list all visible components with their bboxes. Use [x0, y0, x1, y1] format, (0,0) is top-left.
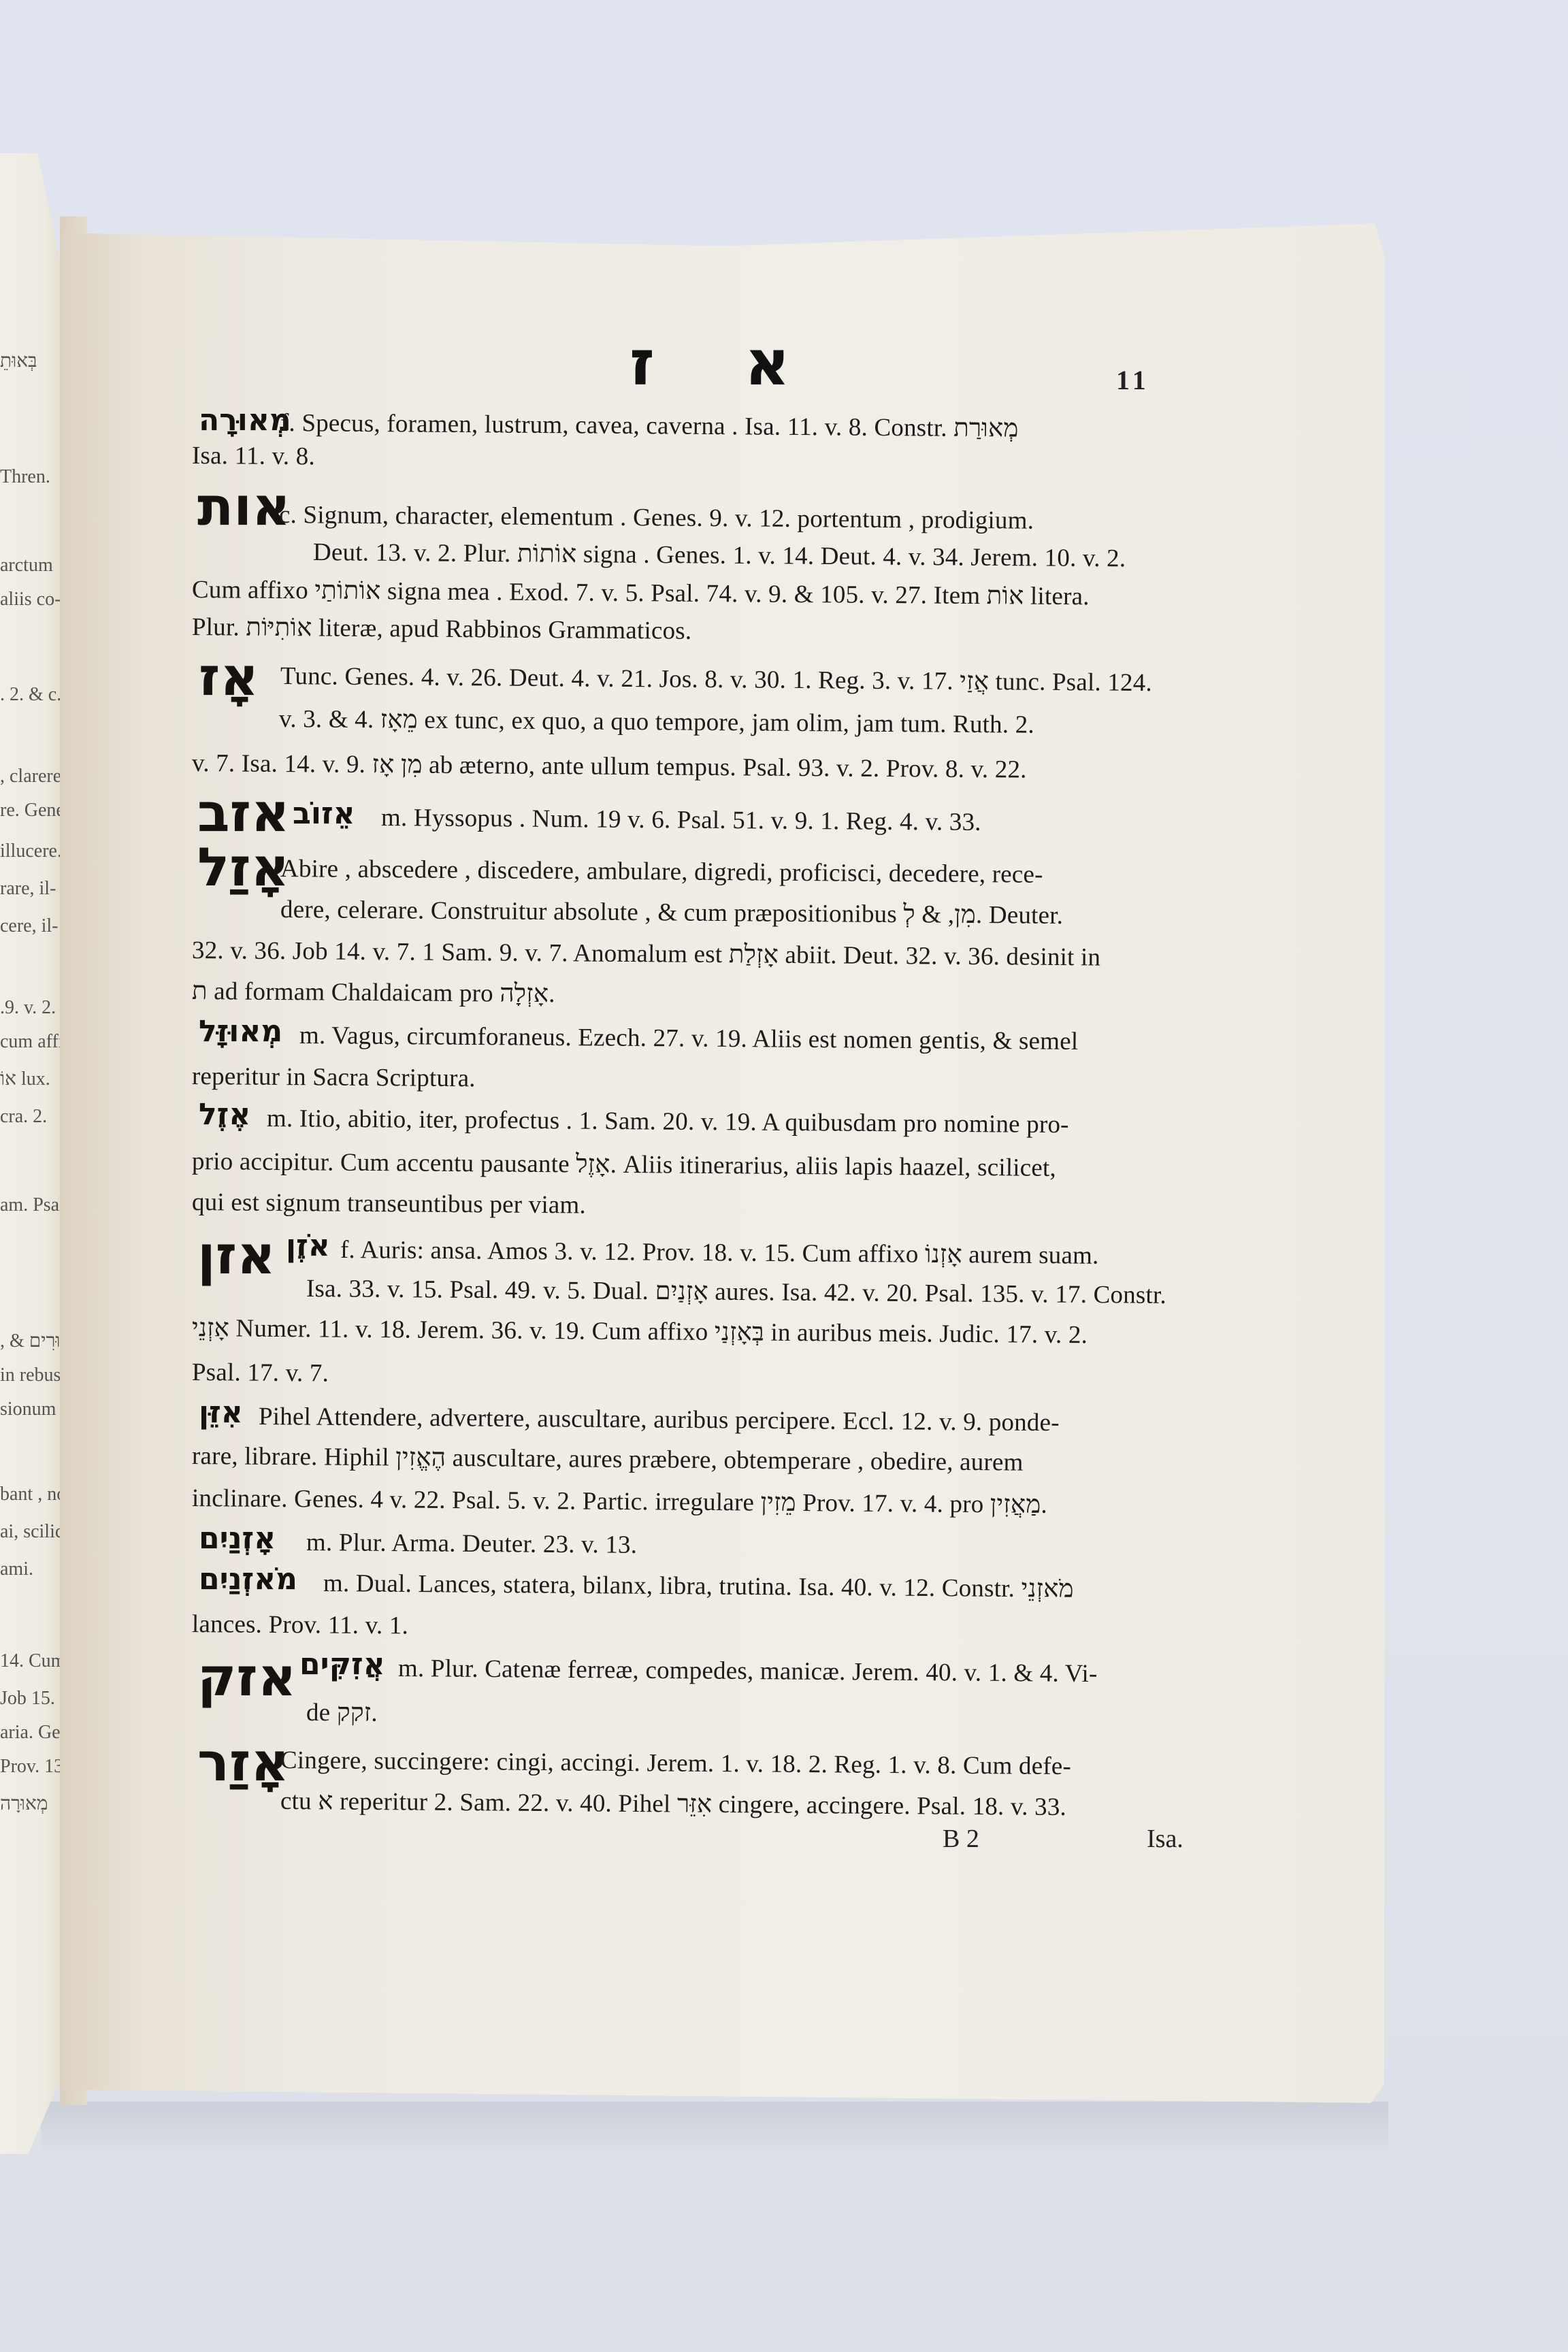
entry-line: de זקק. — [306, 1698, 378, 1728]
page-number: 11 — [1116, 364, 1150, 396]
root-headword: אות — [197, 476, 291, 538]
headword: מְאוּזָּל — [199, 1014, 282, 1049]
entry-line: qui est signum transeuntibus per viam. — [192, 1188, 586, 1220]
entry-line: c. Signum, character, elementum . Genes.… — [279, 500, 1034, 536]
entry-line: f. Auris: ansa. Amos 3. v. 12. Prov. 18.… — [340, 1235, 1099, 1271]
headword: מְאוּרָה — [199, 403, 291, 438]
entry-line: m. Vagus, circumforaneus. Ezech. 27. v. … — [299, 1021, 1079, 1056]
headword: אִזֵּן — [199, 1395, 243, 1430]
headword: מֹאזְנַיִם — [199, 1562, 297, 1597]
left-page-text: sionum a — [0, 1399, 69, 1420]
left-page-text: Thren. — [0, 466, 50, 488]
entry-line: Plur. אוֹתִיּוֹת literæ, apud Rabbinos G… — [192, 612, 692, 646]
entry-line: Pihel Attendere, advertere, auscultare, … — [259, 1402, 1060, 1437]
entry-line: Cingere, succingere: cingi, accingi. Jer… — [280, 1746, 1071, 1781]
left-page-text: rare, il- — [0, 878, 56, 900]
entry-line: m. Plur. Catenæ ferreæ, compedes, manicæ… — [398, 1654, 1098, 1688]
left-page-text: aliis co- — [0, 589, 61, 610]
left-page-text: arctum — [0, 555, 53, 576]
left-page-text: am. Psal. — [0, 1194, 69, 1216]
entry-line: Psal. 17. v. 7. — [192, 1358, 329, 1388]
entry-line: lances. Prov. 11. v. 1. — [192, 1610, 408, 1640]
catchword: Isa. — [1147, 1824, 1183, 1854]
left-page-text: בְּאוּתֵ — [0, 350, 37, 372]
left-page-text: cra. 2. — [0, 1106, 47, 1128]
root-headword: אָזַר — [197, 1732, 289, 1793]
book-shadow — [41, 2102, 1388, 2156]
left-page-text: cere, il- — [0, 915, 59, 937]
headword: אָזְנַיִם — [199, 1521, 276, 1556]
left-page-text: אוֹ lux. — [0, 1068, 50, 1090]
entry-line: m. Plur. Arma. Deuter. 23. v. 13. — [306, 1528, 638, 1560]
root-headword: אזק — [197, 1647, 296, 1708]
root-headword: אזב — [197, 783, 290, 844]
headword: אֶזֶל — [199, 1097, 250, 1132]
entry-line: f. Specus, foramen, lustrum, cavea, cave… — [280, 408, 1019, 444]
root-headword: אזן — [197, 1225, 276, 1286]
entry-line: Isa. 11. v. 8. — [192, 441, 315, 471]
left-page-text: in rebus — [0, 1365, 61, 1386]
facing-left-page: בְּאוּתֵ Thren. arctum aliis co- . 2. & … — [0, 153, 63, 2154]
left-page-text: ami. — [0, 1558, 33, 1580]
entry-line: dere, celerare. Construitur absolute , &… — [280, 895, 1064, 930]
entry-line: m. Hyssopus . Num. 19 v. 6. Psal. 51. v.… — [381, 803, 981, 837]
entry-line: Abire , abscedere , discedere, ambulare,… — [280, 854, 1043, 889]
entry-line: v. 3. & 4. מֵאָז ex tunc, ex quo, a quo … — [279, 704, 1034, 740]
entry-line: reperitur in Sacra Scriptura. — [192, 1062, 476, 1093]
running-head: א ז — [630, 327, 824, 399]
headword: אֹזֶן — [286, 1228, 330, 1263]
root-headword: אָזַל — [197, 837, 289, 898]
left-page-text: . 2. & c. — [0, 684, 61, 706]
left-page-text: illucere. — [0, 840, 62, 862]
left-page-text: .9. v. 2. — [0, 997, 56, 1019]
headword: אֵזוֹב — [293, 796, 355, 831]
entry-line: ctu א reperitur 2. Sam. 22. v. 40. Pihel… — [280, 1786, 1066, 1822]
entry-line: ת ad formam Chaldaicam pro אָזְלָה. — [192, 977, 555, 1009]
root-headword: אָז — [199, 647, 259, 708]
entry-line: m. Dual. Lances, statera, bilanx, libra,… — [323, 1569, 1074, 1604]
signature-mark: B 2 — [943, 1824, 979, 1854]
headword: אֲזִקִּים — [299, 1647, 385, 1682]
left-page-text: מְאוּרָה — [0, 1793, 48, 1815]
